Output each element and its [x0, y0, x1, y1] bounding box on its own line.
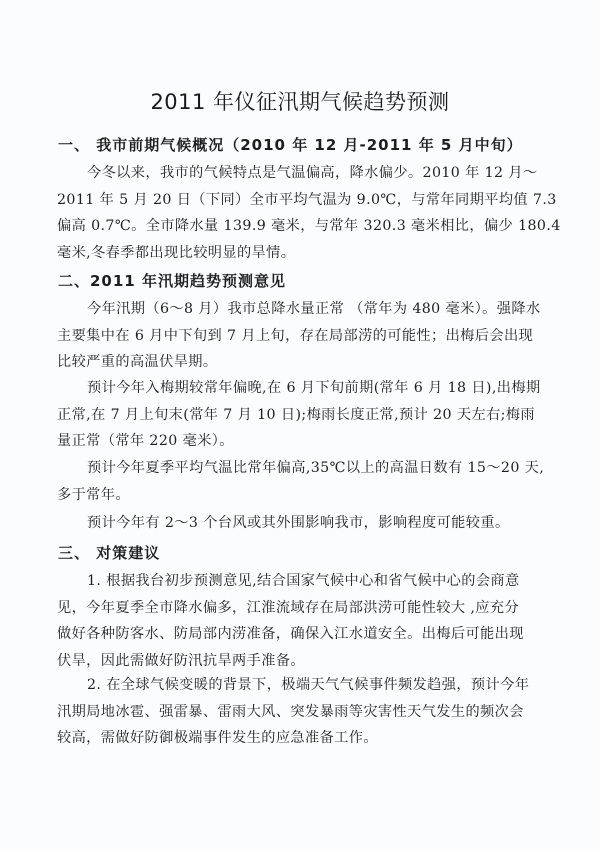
- paragraph-2-2: 预计今年入梅期较常年偏晚,在 6 月下旬前期(常年 6 月 18 日),出梅期 …: [57, 375, 557, 455]
- text-line: 预计今年有 2～3 个台风或其外围影响我市，影响程度可能较重。: [57, 510, 557, 537]
- paragraph-2-1: 今年汛期（6～8 月）我市总降水量正常 （常年为 480 毫米）。强降水 主要集…: [57, 296, 557, 376]
- text-line: 主要集中在 6 月中下旬到 7 月上旬，存在局部涝的可能性；出梅后会出现: [57, 323, 557, 350]
- text-line: 偏高 0.7℃。全市降水量 139.9 毫米，与常年 320.3 毫米相比，偏少…: [57, 213, 557, 240]
- text-line: 预计今年夏季平均气温比常年偏高,35℃以上的高温日数有 15～20 天,: [57, 455, 557, 482]
- text-line: 正常,在 7 月上旬末(常年 7 月 10 日);梅雨长度正常,预计 20 天左…: [57, 402, 557, 429]
- text-line: 较高，需做好防御极端事件发生的应急准备工作。: [57, 725, 557, 752]
- text-line: 今年汛期（6～8 月）我市总降水量正常 （常年为 480 毫米）。强降水: [57, 296, 557, 323]
- text-line: 1. 根据我台初步预测意见,结合国家气候中心和省气候中心的会商意: [57, 568, 557, 595]
- paragraph-2-4: 预计今年有 2～3 个台风或其外围影响我市，影响程度可能较重。: [57, 510, 557, 537]
- paragraph-2-3: 预计今年夏季平均气温比常年偏高,35℃以上的高温日数有 15～20 天, 多于常…: [57, 455, 557, 508]
- document-page: 2011 年仪征汛期气候趋势预测 一、 我市前期气候概况（2010 年 12 月…: [0, 0, 600, 849]
- section-heading-2: 二、2011 年汛期趋势预测意见: [58, 270, 286, 291]
- text-line: 汛期局地冰雹、强雷暴、雷雨大风、突发暴雨等灾害性天气发生的频次会: [57, 699, 557, 726]
- section-heading-3: 三、 对策建议: [58, 542, 160, 563]
- text-line: 量正常（常年 220 毫米）。: [57, 428, 557, 455]
- paragraph-3-2: 2. 在全球气候变暖的背景下，极端天气气候事件频发趋强，预计今年 汛期局地冰雹、…: [57, 672, 557, 752]
- text-line: 2011 年 5 月 20 日（下同）全市平均气温为 9.0℃，与常年同期平均值…: [57, 187, 557, 214]
- text-line: 见，今年夏季全市降水偏多，江淮流域存在局部洪涝可能性较大 ,应充分: [57, 595, 557, 622]
- text-line: 2. 在全球气候变暖的背景下，极端天气气候事件频发趋强，预计今年: [57, 672, 557, 699]
- text-line: 比较严重的高温伏旱期。: [57, 349, 557, 376]
- text-line: 预计今年入梅期较常年偏晚,在 6 月下旬前期(常年 6 月 18 日),出梅期: [57, 375, 557, 402]
- text-line: 毫米,冬春季都出现比较明显的旱情。: [57, 240, 557, 267]
- paragraph-1-1: 今冬以来，我市的气候特点是气温偏高，降水偏少。2010 年 12 月～ 2011…: [57, 160, 557, 266]
- text-line: 伏旱，因此需做好防汛抗旱两手准备。: [57, 648, 557, 675]
- text-line: 今冬以来，我市的气候特点是气温偏高，降水偏少。2010 年 12 月～: [57, 160, 557, 187]
- text-line: 多于常年。: [57, 482, 557, 509]
- paragraph-3-1: 1. 根据我台初步预测意见,结合国家气候中心和省气候中心的会商意 见，今年夏季全…: [57, 568, 557, 674]
- section-heading-1: 一、 我市前期气候概况（2010 年 12 月-2011 年 5 月中旬）: [58, 134, 523, 155]
- document-title: 2011 年仪征汛期气候趋势预测: [0, 86, 600, 116]
- text-line: 做好各种防客水、防局部内涝准备，确保入江水道安全。出梅后可能出现: [57, 621, 557, 648]
